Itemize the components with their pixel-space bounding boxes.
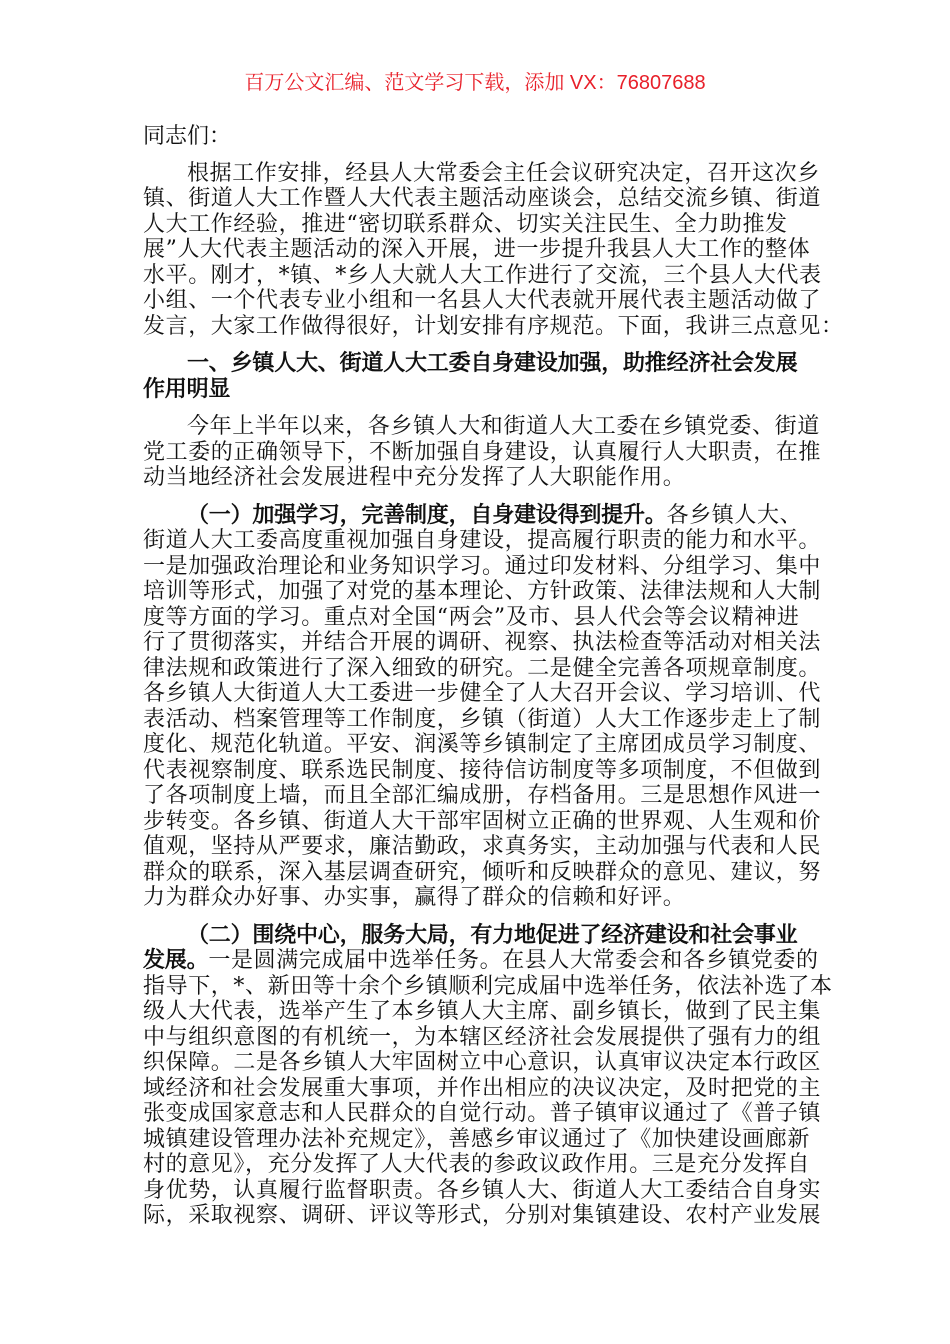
paragraph-intro: 根据工作安排，经县人大常委会主任会议研究决定，召开这次乡 镇、街道人大工作暨人大… [143,161,809,340]
text-line: 律法规和政策进行了深入细致的研究。二是健全完善各项规章制度。 [143,656,809,682]
text-line: 指导下，*、新田等十余个乡镇顺利完成届中选举任务，依法补选了本 [143,974,809,1000]
text-line: 水平。刚才，*镇、*乡人大就人大工作进行了交流，三个县人大代表 [143,263,809,289]
text-line: 织保障。二是各乡镇人大牢固树立中心意识，认真审议决定本行政区 [143,1050,809,1076]
text-line: 代表视察制度、联系选民制度、接待信访制度等多项制度，不但做到 [143,758,809,784]
text-line: 小组、一个代表专业小组和一名县人大代表就开展代表主题活动做了 [143,288,809,314]
watermark-banner: 百万公文汇编、范文学习下载，添加 VX：76807688 [0,66,950,95]
text-line: 村的意见》，充分发挥了人大代表的参政议政作用。三是充分发挥自 [143,1152,809,1178]
text-line: 行了贯彻落实，并结合开展的调研、视察、执法检查等活动对相关法 [143,630,809,656]
text-line: 发言，大家工作做得很好，计划安排有序规范。下面，我讲三点意见： [143,314,809,340]
heading-text: 一、乡镇人大、街道人大工委自身建设加强，助推经济社会发展 [187,351,797,376]
text-line: 展”人大代表主题活动的深入开展，进一步提升我县人大工作的整体 [143,237,809,263]
section-heading-1: 一、乡镇人大、街道人大工委自身建设加强，助推经济社会发展 作用明显 [143,351,809,402]
text-span: 各乡镇人大、 [667,503,803,528]
text-line: 值观，坚持从严要求，廉洁勤政，求真务实，主动加强与代表和人民 [143,834,809,860]
text-line: 度等方面的学习。重点对全国“两会”及市、县人代会等会议精神进 [143,605,809,631]
text-line: 级人大代表，选举产生了本乡镇人大主席、副乡镇长，做到了民主集 [143,999,809,1025]
text-line: 各乡镇人大街道人大工委进一步健全了人大召开会议、学习培训、代 [143,681,809,707]
text-line: 培训等形式，加强了对党的基本理论、方针政策、法律法规和人大制 [143,579,809,605]
text-line: 表活动、档案管理等工作制度，乡镇（街道）人大工作逐步走上了制 [143,707,809,733]
paragraph-section-1-intro: 今年上半年以来，各乡镇人大和街道人大工委在乡镇党委、街道 党工委的正确领导下，不… [143,414,809,491]
text-line: 中与组织意图的有机统一，为本辖区经济社会发展提供了强有力的组 [143,1025,809,1051]
text-line: 群众的联系，深入基层调查研究，倾听和反映群众的意见、建议，努 [143,860,809,886]
text-line: 城镇建设管理办法补充规定》，善感乡审议通过了《加快建设画廊新 [143,1127,809,1153]
text-line: 度化、规范化轨道。平安、润溪等乡镇制定了主席团成员学习制度、 [143,732,809,758]
text-line: 党工委的正确领导下，不断加强自身建设，认真履行人大职责，在推 [143,440,809,466]
text-line: 力为群众办好事、办实事，赢得了群众的信赖和好评。 [143,885,809,911]
text-line: 身优势，认真履行监督职责。各乡镇人大、街道人大工委结合自身实 [143,1178,809,1204]
subsection-heading-cont: 发展。 [143,948,208,973]
heading-text: 作用明显 [143,377,230,402]
text-line: 步转变。各乡镇、街道人大干部牢固树立正确的世界观、人生观和价 [143,809,809,835]
text-line: 动当地经济社会发展进程中充分发挥了人大职能作用。 [143,465,809,491]
text-line: 今年上半年以来，各乡镇人大和街道人大工委在乡镇党委、街道 [143,414,809,440]
text-line: 根据工作安排，经县人大常委会主任会议研究决定，召开这次乡 [143,161,809,187]
text-line: 域经济和社会发展重大事项，并作出相应的决议决定，及时把党的主 [143,1076,809,1102]
text-line: 镇、街道人大工作暨人大代表主题活动座谈会，总结交流乡镇、街道 [143,186,809,212]
text-line: 一是加强政治理论和业务知识学习。通过印发材料、分组学习、集中 [143,554,809,580]
text-line: 张变成国家意志和人民群众的自觉行动。普子镇审议通过了《普子镇 [143,1101,809,1127]
paragraph-subsection-1: （一）加强学习，完善制度，自身建设得到提升。各乡镇人大、 街道人大工委高度重视加… [143,503,809,911]
text-line: 际，采取视察、调研、评议等形式，分别对集镇建设、农村产业发展 [143,1203,809,1229]
salutation: 同志们： [143,124,809,150]
text-line: 了各项制度上墙，而且全部汇编成册，存档备用。三是思想作风进一 [143,783,809,809]
paragraph-subsection-2: （二）围绕中心，服务大局，有力地促进了经济建设和社会事业 发展。一是圆满完成届中… [143,923,809,1229]
subsection-heading: （一）加强学习，完善制度，自身建设得到提升。 [187,503,667,528]
text-span: 一是圆满完成届中选举任务。在县人大常委会和各乡镇党委的 [208,948,818,973]
text-line: 人大工作经验，推进“密切联系群众、切实关注民生、全力助推发 [143,212,809,238]
document-body: 同志们： 根据工作安排，经县人大常委会主任会议研究决定，召开这次乡 镇、街道人大… [143,124,809,1229]
text-line: 街道人大工委高度重视加强自身建设，提高履行职责的能力和水平。 [143,528,809,554]
subsection-heading: （二）围绕中心，服务大局，有力地促进了经济建设和社会事业 [187,923,797,948]
